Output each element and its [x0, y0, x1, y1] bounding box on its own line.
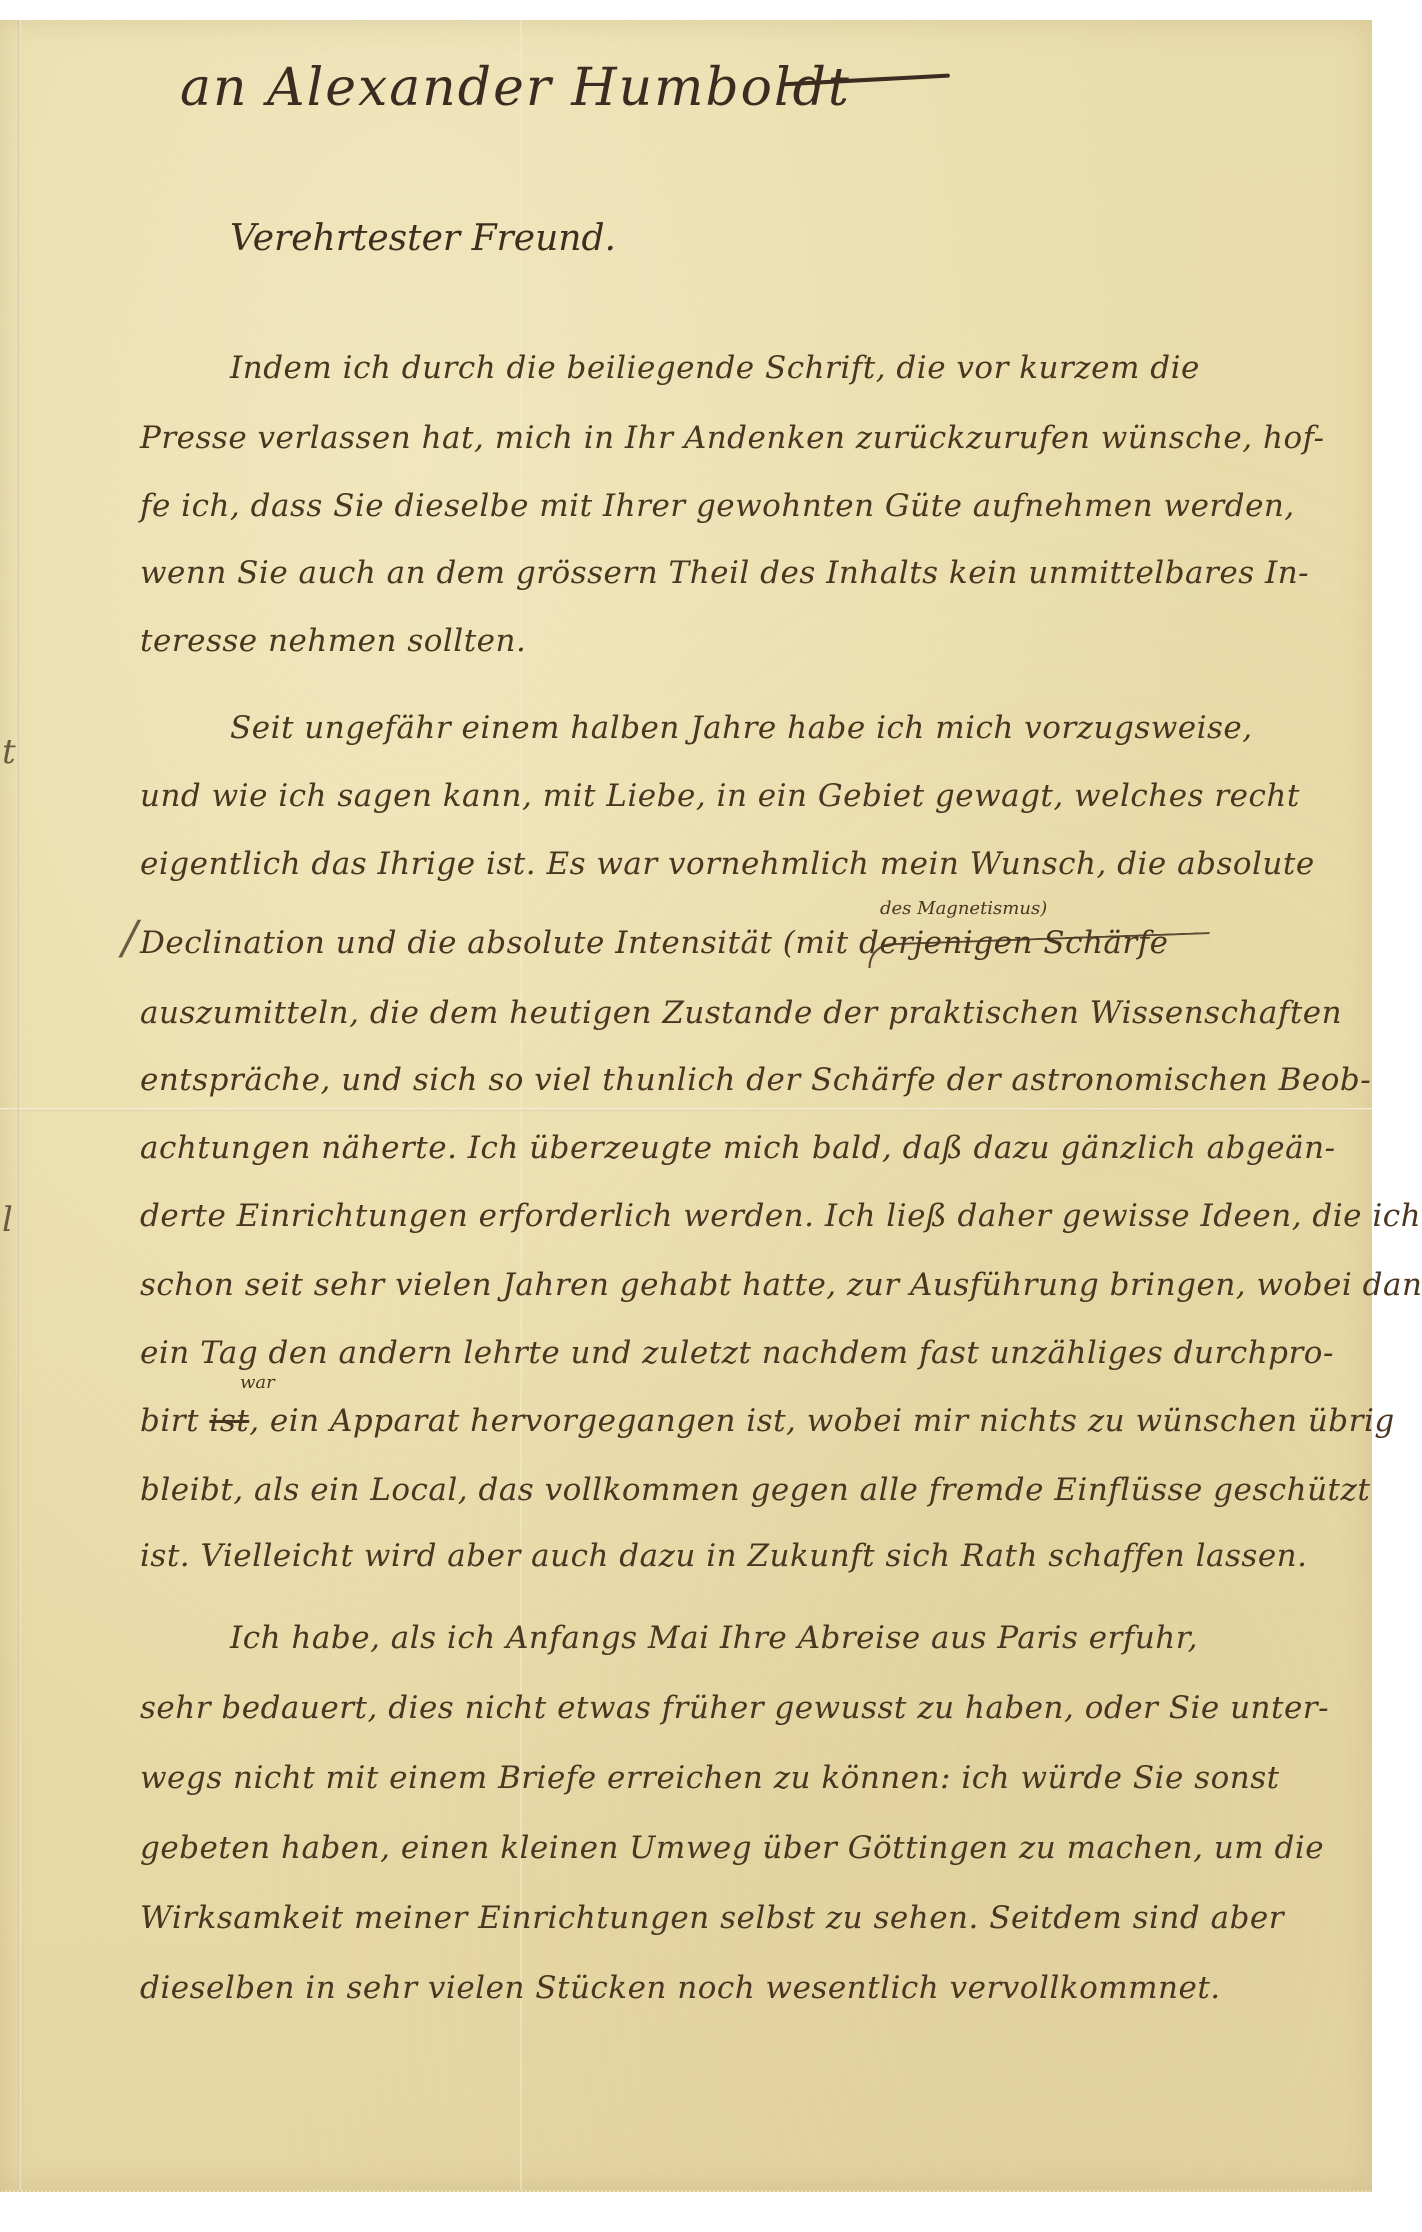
letter-line: sehr bedauert, dies nicht etwas früher g… [140, 1690, 1329, 1726]
line-start: birt [140, 1403, 199, 1439]
letter-line: Seit ungefähr einem halben Jahre habe ic… [230, 710, 1253, 746]
letter-line: derte Einrichtungen erforderlich werden.… [140, 1198, 1421, 1234]
letter-line: schon seit sehr vielen Jahren gehabt hat… [140, 1267, 1422, 1303]
letter-line: Declination und die absolute Intensität … [140, 925, 1169, 961]
horizontal-fold-line [0, 1108, 1372, 1111]
superscript-correction: war [240, 1372, 275, 1393]
letter-page: t / l an Alexander Humboldt Verehrtester… [0, 20, 1372, 2192]
margin-mark: t [2, 732, 16, 772]
letter-line: wegs nicht mit einem Briefe erreichen zu… [140, 1760, 1280, 1796]
left-edge-fold [18, 20, 21, 2190]
line-rest: , ein Apparat hervorgegangen ist, wobei … [249, 1403, 1395, 1439]
interlinear-insertion: des Magnetismus) [880, 898, 1047, 919]
letter-line: gebeten haben, einen kleinen Umweg über … [140, 1830, 1324, 1866]
letter-line: bleibt, als ein Local, das vollkommen ge… [140, 1472, 1370, 1508]
addressee-heading: an Alexander Humboldt [180, 58, 851, 118]
letter-line: birt ist, ein Apparat hervorgegangen ist… [140, 1403, 1395, 1439]
letter-line: Indem ich durch die beiliegende Schrift,… [230, 350, 1200, 386]
letter-line: Ich habe, als ich Anfangs Mai Ihre Abrei… [230, 1620, 1198, 1656]
letter-line: auszumitteln, die dem heutigen Zustande … [140, 995, 1342, 1031]
struck-word: ist [209, 1403, 249, 1439]
salutation: Verehrtester Freund. [230, 218, 616, 259]
letter-line: teresse nehmen sollten. [140, 623, 526, 659]
letter-line: und wie ich sagen kann, mit Liebe, in ei… [140, 778, 1300, 814]
letter-line: dieselben in sehr vielen Stücken noch we… [140, 1970, 1221, 2006]
letter-line: Presse verlassen hat, mich in Ihr Andenk… [140, 420, 1324, 456]
letter-line: fe ich, dass Sie dieselbe mit Ihrer gewo… [140, 488, 1295, 524]
letter-line: achtungen näherte. Ich überzeugte mich b… [140, 1130, 1336, 1166]
letter-line: entspräche, und sich so viel thunlich de… [140, 1062, 1371, 1098]
letter-line: eigentlich das Ihrige ist. Es war vorneh… [140, 846, 1315, 882]
letter-line: ist. Vielleicht wird aber auch dazu in Z… [140, 1538, 1308, 1574]
margin-mark: / [122, 910, 138, 964]
margin-mark: l [2, 1200, 13, 1240]
letter-line: Wirksamkeit meiner Einrichtungen selbst … [140, 1900, 1284, 1936]
letter-line: wenn Sie auch an dem grössern Theil des … [140, 555, 1309, 591]
letter-line: ein Tag den andern lehrte und zuletzt na… [140, 1335, 1334, 1371]
